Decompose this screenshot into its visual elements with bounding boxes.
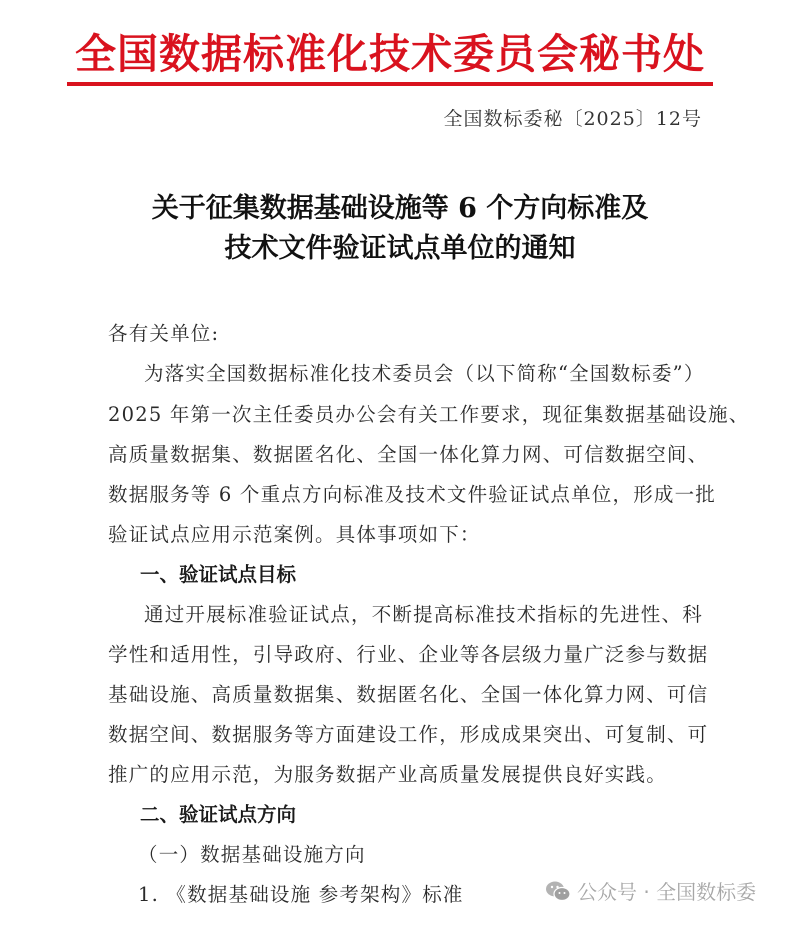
- red-divider-line: [67, 82, 713, 86]
- intro-line: 验证试点应用示范案例。具体事项如下：: [108, 519, 481, 547]
- section-heading-2: 二、验证试点方向: [140, 799, 296, 827]
- salutation: 各有关单位:: [108, 318, 219, 346]
- subsection-heading: （一）数据基础设施方向: [138, 839, 366, 867]
- section-heading-1: 一、验证试点目标: [140, 559, 296, 587]
- intro-line: 2025 年第一次主任委员办公会有关工作要求，现征集数据基础设施、: [108, 399, 749, 427]
- wechat-watermark: 公众号 · 全国数标委: [545, 876, 756, 905]
- section1-line: 数据空间、数据服务等方面建设工作，形成成果突出、可复制、可: [108, 719, 708, 747]
- section1-line: 学性和适用性，引导政府、行业、企业等各层级力量广泛参与数据: [108, 639, 708, 667]
- document-title-line-2: 技术文件验证试点单位的通知: [0, 226, 800, 265]
- section1-line: 基础设施、高质量数据集、数据匿名化、全国一体化算力网、可信: [108, 679, 708, 707]
- document-number: 全国数标委秘〔2025〕12号: [443, 104, 702, 131]
- intro-line: 数据服务等 6 个重点方向标准及技术文件验证试点单位，形成一批: [108, 479, 716, 507]
- section1-line: 推广的应用示范，为服务数据产业高质量发展提供良好实践。: [108, 759, 667, 787]
- intro-line: 高质量数据集、数据匿名化、全国一体化算力网、可信数据空间、: [108, 439, 708, 467]
- section1-line: 通过开展标准验证试点，不断提高标准技术指标的先进性、科: [144, 599, 703, 627]
- document-title-line-1: 关于征集数据基础设施等 6 个方向标准及: [0, 186, 800, 225]
- organization-header: 全国数据标准化技术委员会秘书处: [70, 28, 710, 80]
- wechat-icon: [545, 880, 571, 902]
- list-item: 1. 《数据基础设施 参考架构》标准: [138, 879, 464, 907]
- intro-line: 为落实全国数据标准化技术委员会（以下简称“全国数标委”）: [144, 358, 705, 386]
- watermark-text: 公众号 · 全国数标委: [577, 876, 756, 905]
